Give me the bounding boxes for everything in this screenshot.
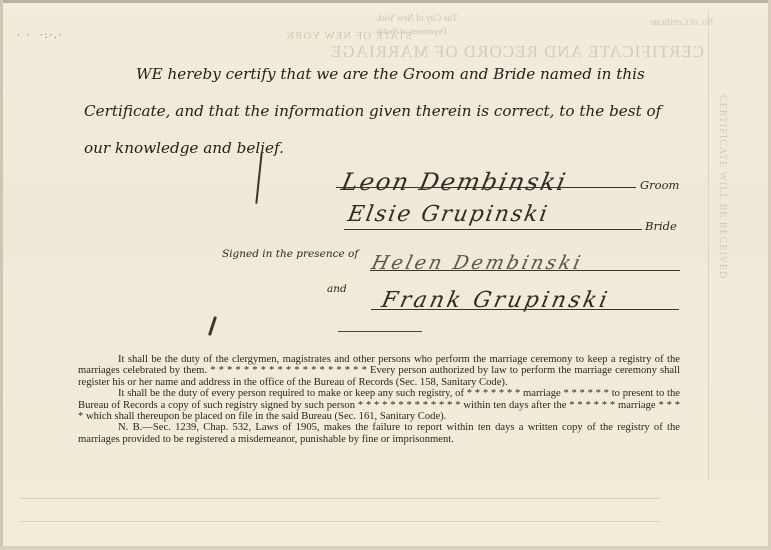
groom-label: Groom bbox=[640, 178, 679, 192]
certification-line-2: Certificate, and that the information gi… bbox=[84, 93, 684, 130]
ink-specks: · · ·:·.· bbox=[17, 30, 64, 40]
bleed-through-number-label: No. of Certificate bbox=[650, 17, 713, 27]
signed-in-presence-label: Signed in the presence of bbox=[222, 248, 358, 260]
groom-signature: Leon Dembinski bbox=[339, 168, 570, 196]
blank-line bbox=[338, 331, 422, 332]
page-edge-top bbox=[0, 0, 771, 3]
witness-1-signature-line bbox=[370, 270, 680, 271]
legal-notice-nb-penalty: N. B.—Sec. 1239, Chap. 532, Laws of 1905… bbox=[78, 422, 680, 445]
bride-signature: Elsie Grupinski bbox=[346, 202, 551, 227]
certification-line-1: WE hereby certify that we are the Groom … bbox=[84, 56, 684, 93]
certification-line-3: our knowledge and belief. bbox=[84, 130, 684, 167]
bleed-through-rule bbox=[20, 498, 660, 499]
bleed-through-city: The City of New York. bbox=[375, 13, 458, 23]
groom-signature-line bbox=[336, 187, 636, 188]
legal-notice-duty-registry: It shall be the duty of every person req… bbox=[78, 388, 680, 422]
page-edge-left bbox=[0, 0, 3, 550]
bleed-through-side-text: CERTIFICATE WILL BE RECEIVED bbox=[717, 95, 728, 279]
bleed-through-state: STATE OF NEW YORK bbox=[285, 30, 412, 42]
bride-signature-line bbox=[344, 229, 642, 230]
legal-notice: It shall be the duty of the clergymen, m… bbox=[78, 354, 680, 445]
bleed-through-rule bbox=[708, 10, 709, 480]
pen-stroke-mark bbox=[208, 316, 217, 336]
witness-2-signature-line bbox=[371, 309, 679, 310]
page-edge-bottom bbox=[0, 546, 771, 550]
bleed-through-department: Department of Health. bbox=[375, 27, 447, 36]
certification-statement: WE hereby certify that we are the Groom … bbox=[84, 56, 684, 167]
and-label: and bbox=[327, 283, 347, 295]
bleed-through-rule bbox=[20, 521, 660, 522]
bride-label: Bride bbox=[645, 219, 677, 233]
legal-notice-omission-stars: * * * * * * * * * * * * * * * * * * * bbox=[210, 365, 367, 376]
